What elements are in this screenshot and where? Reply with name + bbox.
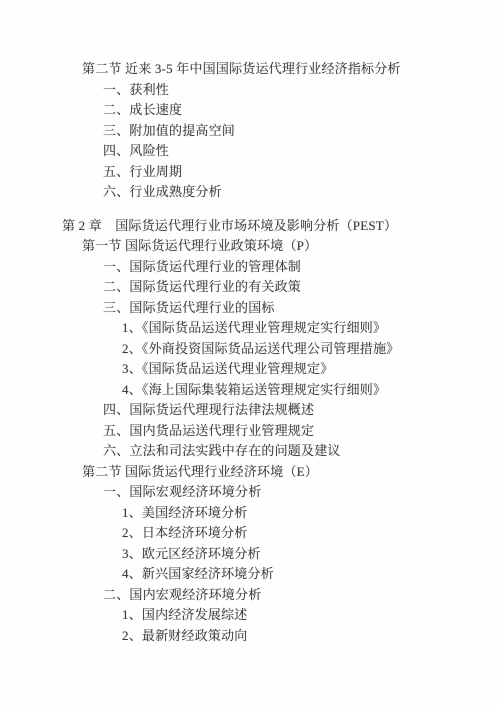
toc-line: 3、《国际货品运送代理业管理规定》 bbox=[0, 359, 500, 380]
toc-line: 一、获利性 bbox=[0, 80, 500, 101]
toc-line: 六、行业成熟度分析 bbox=[0, 182, 500, 203]
toc-line: 二、国内宏观经济环境分析 bbox=[0, 585, 500, 606]
toc-line: 六、立法和司法实践中存在的问题及建议 bbox=[0, 441, 500, 462]
toc-line: 4、《海上国际集装箱运送管理规定实行细则》 bbox=[0, 380, 500, 401]
toc-line: 1、美国经济环境分析 bbox=[0, 503, 500, 524]
toc-line: 二、成长速度 bbox=[0, 100, 500, 121]
toc-line: 1、《国际货品运送代理业管理规定实行细则》 bbox=[0, 318, 500, 339]
toc-line: 第 2 章 国际货运代理行业市场环境及影响分析（PEST） bbox=[0, 216, 500, 237]
toc-line: 二、国际货运代理行业的有关政策 bbox=[0, 277, 500, 298]
toc-line: 3、欧元区经济环境分析 bbox=[0, 544, 500, 565]
document-page: 第二节 近来 3-5 年中国国际货运代理行业经济指标分析一、获利性二、成长速度三… bbox=[0, 0, 500, 707]
toc-line: 三、附加值的提高空间 bbox=[0, 121, 500, 142]
toc-line: 五、国内货品运送代理行业管理规定 bbox=[0, 421, 500, 442]
toc-line: 2、最新财经政策动向 bbox=[0, 626, 500, 647]
toc-line: 五、行业周期 bbox=[0, 162, 500, 183]
toc-line: 四、国际货运代理现行法律法规概述 bbox=[0, 400, 500, 421]
toc-line: 第二节 国际货运代理行业经济环境（E） bbox=[0, 462, 500, 483]
toc-line: 第一节 国际货运代理行业政策环境（P） bbox=[0, 236, 500, 257]
toc-line: 2、《外商投资国际货品运送代理公司管理措施》 bbox=[0, 339, 500, 360]
toc-line: 三、国际货运代理行业的国标 bbox=[0, 298, 500, 319]
toc-line: 四、风险性 bbox=[0, 141, 500, 162]
toc-line: 1、国内经济发展综述 bbox=[0, 605, 500, 626]
toc-line: 2、日本经济环境分析 bbox=[0, 523, 500, 544]
toc-list: 第二节 近来 3-5 年中国国际货运代理行业经济指标分析一、获利性二、成长速度三… bbox=[0, 0, 500, 646]
toc-line: 一、国际货运代理行业的管理体制 bbox=[0, 257, 500, 278]
toc-line: 一、国际宏观经济环境分析 bbox=[0, 482, 500, 503]
toc-line: 4、新兴国家经济环境分析 bbox=[0, 564, 500, 585]
toc-line: 第二节 近来 3-5 年中国国际货运代理行业经济指标分析 bbox=[0, 59, 500, 80]
